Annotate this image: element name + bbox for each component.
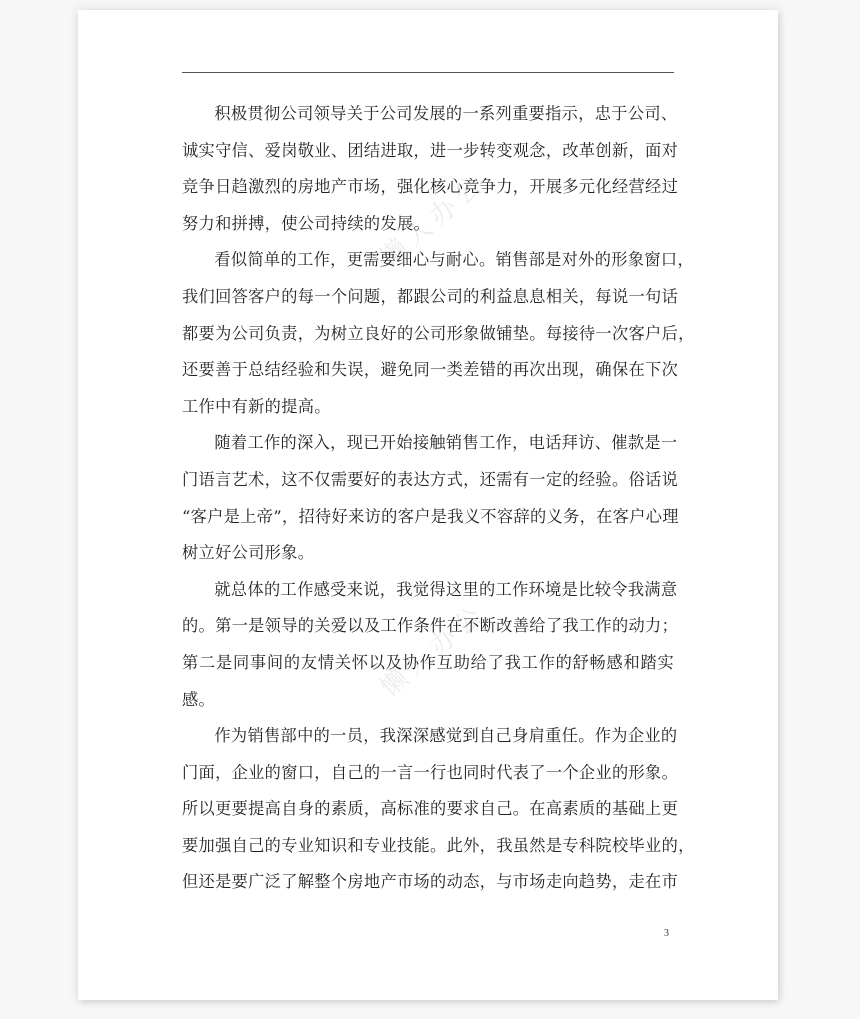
- text-line: 竞争日趋激烈的房地产市场，强化核心竞争力，开展多元化经营经过: [182, 169, 674, 206]
- text-line: 作为销售部中的一员，我深深感觉到自己身肩重任。作为企业的: [182, 718, 674, 755]
- text-line: 树立好公司形象。: [182, 535, 674, 572]
- text-line: 就总体的工作感受来说，我觉得这里的工作环境是比较令我满意: [182, 572, 674, 609]
- document-body: 积极贯彻公司领导关于公司发展的一系列重要指示，忠于公司、 诚实守信、爱岗敬业、团…: [182, 96, 674, 901]
- text-line: 还要善于总结经验和失误，避免同一类差错的再次出现，确保在下次: [182, 352, 674, 389]
- paragraph-1: 积极贯彻公司领导关于公司发展的一系列重要指示，忠于公司、 诚实守信、爱岗敬业、团…: [182, 96, 674, 242]
- text-line: 要加强自己的专业知识和专业技能。此外，我虽然是专科院校毕业的，: [182, 828, 674, 865]
- paragraph-5: 作为销售部中的一员，我深深感觉到自己身肩重任。作为企业的 门面，企业的窗口，自己…: [182, 718, 674, 901]
- text-line: 门面，企业的窗口，自己的一言一行也同时代表了一个企业的形象。: [182, 755, 674, 792]
- text-line: 我们回答客户的每一个问题，都跟公司的利益息息相关，每说一句话: [182, 279, 674, 316]
- text-line: 努力和拼搏，使公司持续的发展。: [182, 206, 674, 243]
- text-line: 诚实守信、爱岗敬业、团结进取，进一步转变观念，改革创新，面对: [182, 133, 674, 170]
- text-line: 随着工作的深入，现已开始接触销售工作，电话拜访、催款是一: [182, 425, 674, 462]
- text-line: 第二是同事间的友情关怀以及协作互助给了我工作的舒畅感和踏实: [182, 645, 674, 682]
- document-page: 懒人办公 懒人办公 懒人办公 懒人办公 积极贯彻公司领导关于公司发展的一系列重要…: [78, 10, 778, 1000]
- text-line: 门语言艺术，这不仅需要好的表达方式，还需有一定的经验。俗话说: [182, 462, 674, 499]
- text-line: 工作中有新的提高。: [182, 389, 674, 426]
- document-viewer: 懒人办公 懒人办公 懒人办公 懒人办公 积极贯彻公司领导关于公司发展的一系列重要…: [0, 0, 860, 1019]
- text-line: 感。: [182, 682, 674, 719]
- text-line: 都要为公司负责，为树立良好的公司形象做铺垫。每接待一次客户后，: [182, 316, 674, 353]
- page-number: 3: [664, 928, 669, 939]
- text-line: 的。第一是领导的关爱以及工作条件在不断改善给了我工作的动力；: [182, 608, 674, 645]
- text-line: 看似简单的工作，更需要细心与耐心。销售部是对外的形象窗口，: [182, 242, 674, 279]
- text-line: 积极贯彻公司领导关于公司发展的一系列重要指示，忠于公司、: [182, 96, 674, 133]
- text-line: “客户是上帝”，招待好来访的客户是我义不容辞的义务，在客户心理: [182, 499, 674, 536]
- header-rule: [182, 72, 674, 73]
- text-line: 所以更要提高自身的素质，高标准的要求自己。在高素质的基础上更: [182, 791, 674, 828]
- paragraph-4: 就总体的工作感受来说，我觉得这里的工作环境是比较令我满意 的。第一是领导的关爱以…: [182, 572, 674, 718]
- text-line: 但还是要广泛了解整个房地产市场的动态，与市场走向趋势，走在市: [182, 864, 674, 901]
- paragraph-2: 看似简单的工作，更需要细心与耐心。销售部是对外的形象窗口， 我们回答客户的每一个…: [182, 242, 674, 425]
- paragraph-3: 随着工作的深入，现已开始接触销售工作，电话拜访、催款是一 门语言艺术，这不仅需要…: [182, 425, 674, 571]
